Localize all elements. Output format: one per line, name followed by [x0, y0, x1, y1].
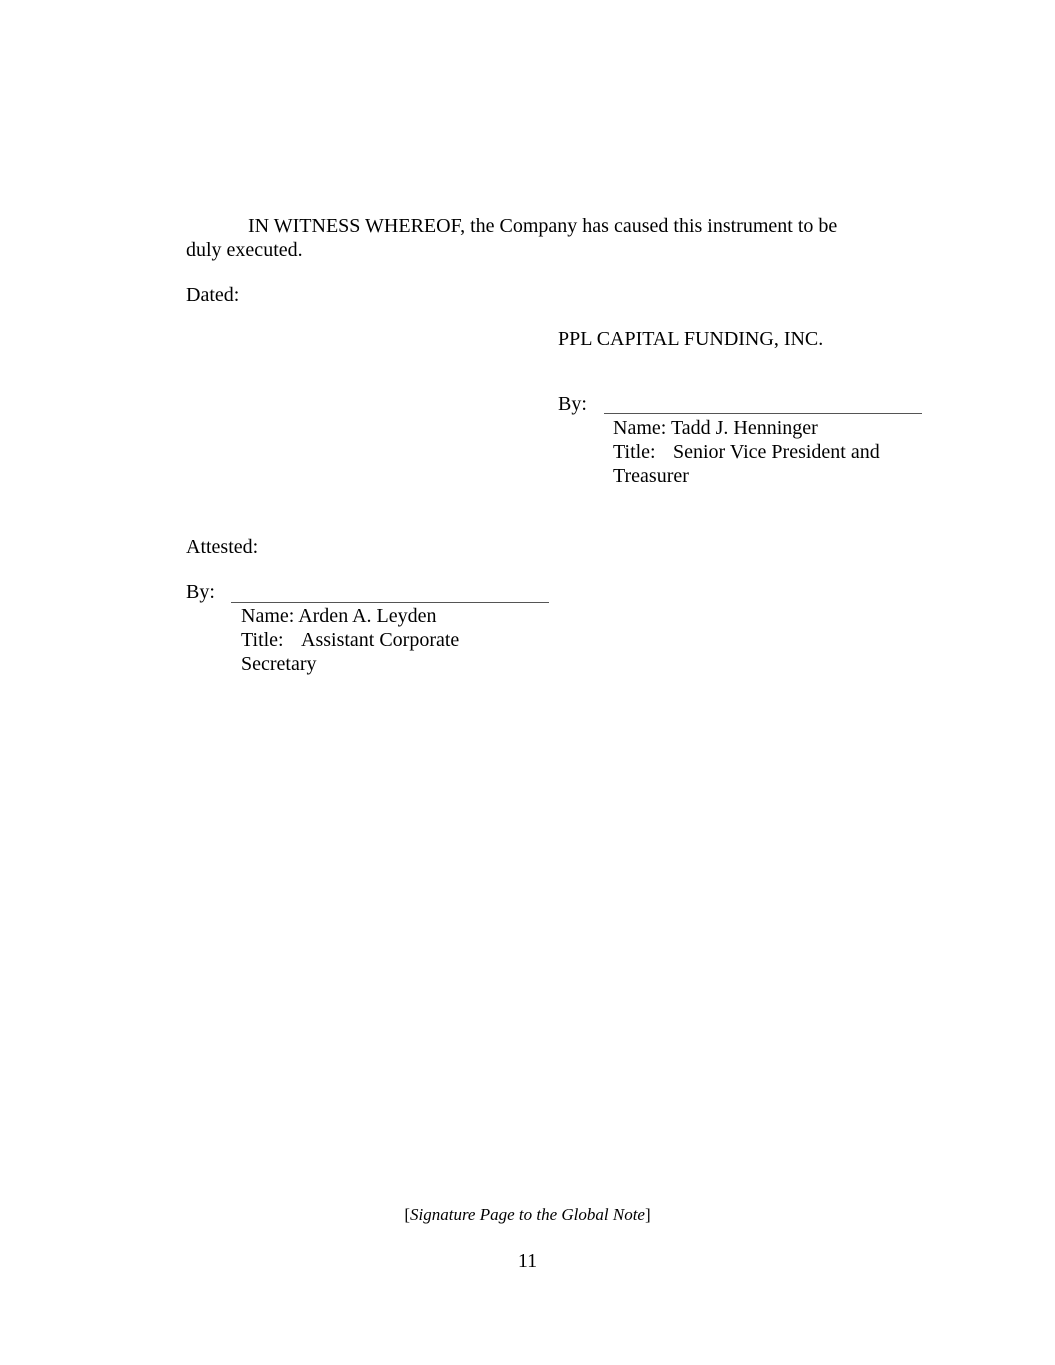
- attest-by-label: By:: [186, 580, 215, 604]
- attest-signer-title-label: Title:: [241, 628, 284, 652]
- company-signer-title-line-2: Treasurer: [613, 464, 689, 488]
- attest-signer-title-line-2: Secretary: [241, 652, 317, 676]
- company-signature-line: [604, 413, 922, 414]
- page-number: 11: [0, 1249, 1055, 1273]
- company-signer-name: Name: Tadd J. Henninger: [613, 416, 818, 440]
- company-signer-title-label: Title:: [613, 440, 656, 464]
- signature-page-caption: [Signature Page to the Global Note]: [0, 1205, 1055, 1225]
- company-name: PPL CAPITAL FUNDING, INC.: [558, 327, 823, 351]
- company-by-label: By:: [558, 392, 587, 416]
- caption-text: Signature Page to the Global Note: [410, 1205, 645, 1224]
- attest-signature-line: [231, 602, 549, 603]
- company-signer-title-line-1: Senior Vice President and: [673, 440, 880, 464]
- witness-clause-line-2: duly executed.: [186, 238, 303, 262]
- attest-signer-title-line-1: Assistant Corporate: [301, 628, 459, 652]
- witness-clause-line-1: IN WITNESS WHEREOF, the Company has caus…: [248, 214, 837, 238]
- caption-bracket-close: ]: [645, 1205, 651, 1224]
- dated-label: Dated:: [186, 283, 239, 307]
- attest-signer-name: Name: Arden A. Leyden: [241, 604, 437, 628]
- attested-label: Attested:: [186, 535, 258, 559]
